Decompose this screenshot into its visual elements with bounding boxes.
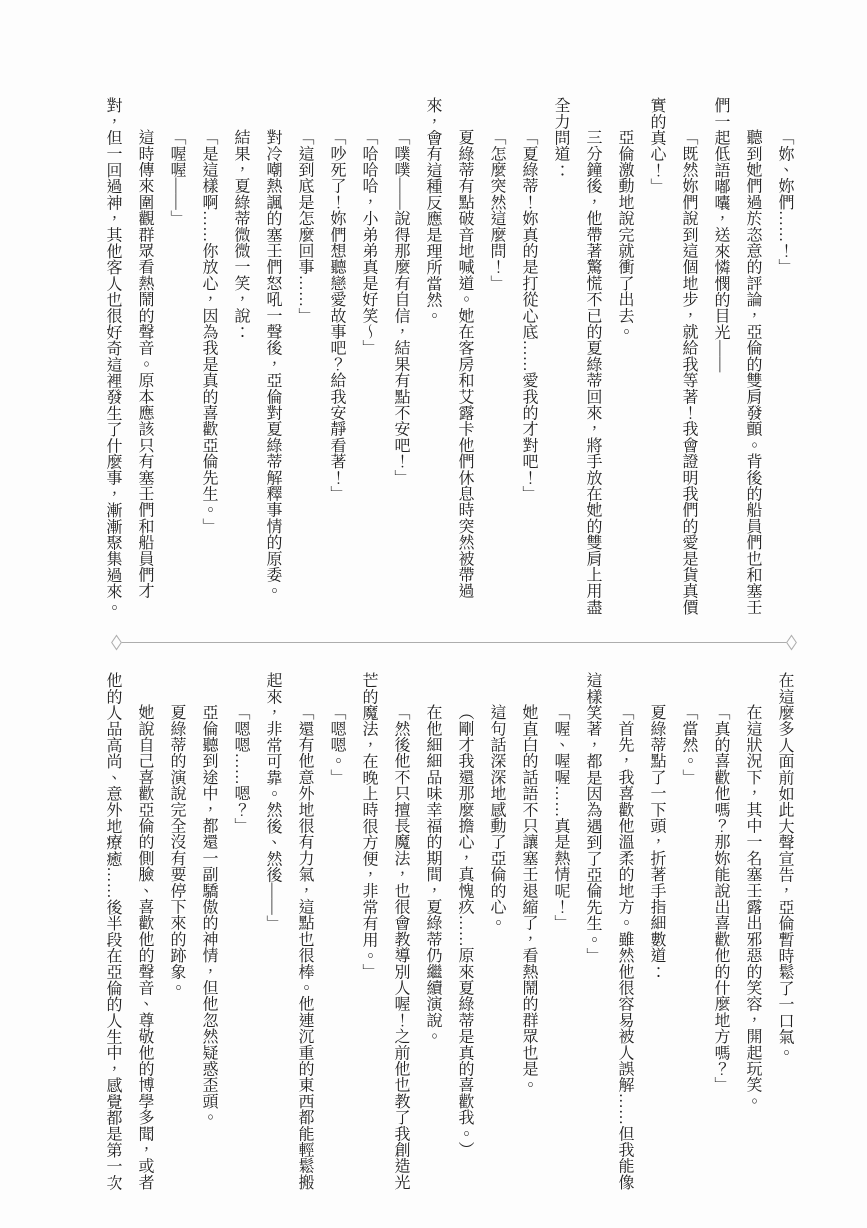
- paragraph: 「首先，我喜歡他溫柔的地方。雖然他很容易被人誤解……但我能像這樣笑著，都是因為遇…: [576, 672, 640, 1191]
- paragraph: 「哈哈哈，小弟弟真是好笑～」: [352, 97, 384, 616]
- paragraph: 對冷嘲熱諷的塞壬們怒吼一聲後，亞倫對夏綠蒂解釋事情的原委。: [256, 97, 288, 616]
- paragraph: 夏綠蒂的演說完全沒有要停下來的跡象。: [160, 672, 192, 1191]
- paragraph: 「還有他意外地很有力氣，這點也很棒。他連沉重的東西都能輕鬆搬起來，非常可靠。然後…: [256, 672, 320, 1191]
- paragraph: 亞倫激動地說完就衝了出去。: [608, 97, 640, 616]
- paragraph: 她說自己喜歡亞倫的側臉、喜歡他的聲音、尊敬他的博學多聞，或者他的人品高尚、意外地…: [96, 672, 160, 1191]
- paragraph: 這時傳來圍觀群眾看熱鬧的聲音。原本應該只有塞壬們和船員們才對，但一回過神，其他客…: [96, 97, 160, 616]
- paragraph: 「真的喜歡他嗎？那妳能說出喜歡他的什麼地方嗎？」: [704, 672, 736, 1191]
- paragraph: 「是這樣啊……你放心，因為我是真的喜歡亞倫先生。」: [192, 97, 224, 616]
- paragraph: 她直白的話語不只讓塞壬退縮了，看熱鬧的群眾也是。: [512, 672, 544, 1191]
- top-page-text: 「妳、妳們……！」聽到她們過於恣意的評論，亞倫的雙肩發顫。背後的船員們也和塞壬們…: [96, 97, 800, 616]
- divider-line: [121, 642, 787, 643]
- paragraph: 亞倫聽到途中，都還一副驕傲的神情，但他忽然疑惑歪頭。: [192, 672, 224, 1191]
- paragraph: 「喔喔——」: [160, 97, 192, 616]
- paragraph: 夏綠蒂點了一下頭，折著手指細數道：: [640, 672, 672, 1191]
- paragraph: 「然後他不只擅長魔法，也很會教導別人喔！之前他也教了我創造光芒的魔法，在晚上時很…: [352, 672, 416, 1191]
- paragraph: 「喔、喔喔……真是熱情呢！」: [544, 672, 576, 1191]
- paragraph: 結果，夏綠蒂微微一笑，說：: [224, 97, 256, 616]
- bottom-page-text: 在這麼多人面前如此大聲宣告，亞倫暫時鬆了一口氣。在這狀況下，其中一名塞壬露出邪惡…: [96, 672, 800, 1191]
- paragraph: 聽到她們過於恣意的評論，亞倫的雙肩發顫。背後的船員們也和塞壬們一起低語嘟囔，送來…: [704, 97, 768, 616]
- paragraph: 「妳、妳們……！」: [768, 97, 800, 616]
- paragraph: 「這到底是怎麼回事……」: [288, 97, 320, 616]
- paragraph: 「既然妳們說到這個地步，就給我等著！我會證明我們的愛是貨真價實的真心！」: [640, 97, 704, 616]
- paragraph: （剛才我還那麼擔心，真愧疚……原來夏綠蒂是真的喜歡我。）: [448, 672, 480, 1191]
- paragraph: 三分鐘後，他帶著驚慌不已的夏綠蒂回來，將手放在她的雙肩上用盡全力問道：: [544, 97, 608, 616]
- paragraph: 在這麼多人面前如此大聲宣告，亞倫暫時鬆了一口氣。: [768, 672, 800, 1191]
- paragraph: 「當然。」: [672, 672, 704, 1191]
- diamond-ornament-icon: [111, 634, 122, 650]
- paragraph: 夏綠蒂有點破音地喊道。她在客房和艾露卡他們休息時突然被帶過來，會有這種反應是理所…: [416, 97, 480, 616]
- paragraph: 「嗯嗯。」: [320, 672, 352, 1191]
- novel-page: { "colors": { "background": "#fdfdfd", "…: [0, 0, 867, 1228]
- paragraph: 「夏綠蒂！妳真的是打從心底……愛我的才對吧！」: [512, 97, 544, 616]
- paragraph: 在這狀況下，其中一名塞壬露出邪惡的笑容，開起玩笑。: [736, 672, 768, 1191]
- scene-divider: [112, 636, 796, 648]
- paragraph: 這句話深深地感動了亞倫的心。: [480, 672, 512, 1191]
- paragraph: 「噗噗——說得那麼有自信，結果有點不安吧！」: [384, 97, 416, 616]
- paragraph: 「吵死了！妳們想聽戀愛故事吧？給我安靜看著！」: [320, 97, 352, 616]
- paragraph: 在他細細品味幸福的期間，夏綠蒂仍繼續演說。: [416, 672, 448, 1191]
- paragraph: 「怎麼突然這麼問！」: [480, 97, 512, 616]
- paragraph: 「嗯嗯……嗯？」: [224, 672, 256, 1191]
- diamond-ornament-icon: [786, 634, 797, 650]
